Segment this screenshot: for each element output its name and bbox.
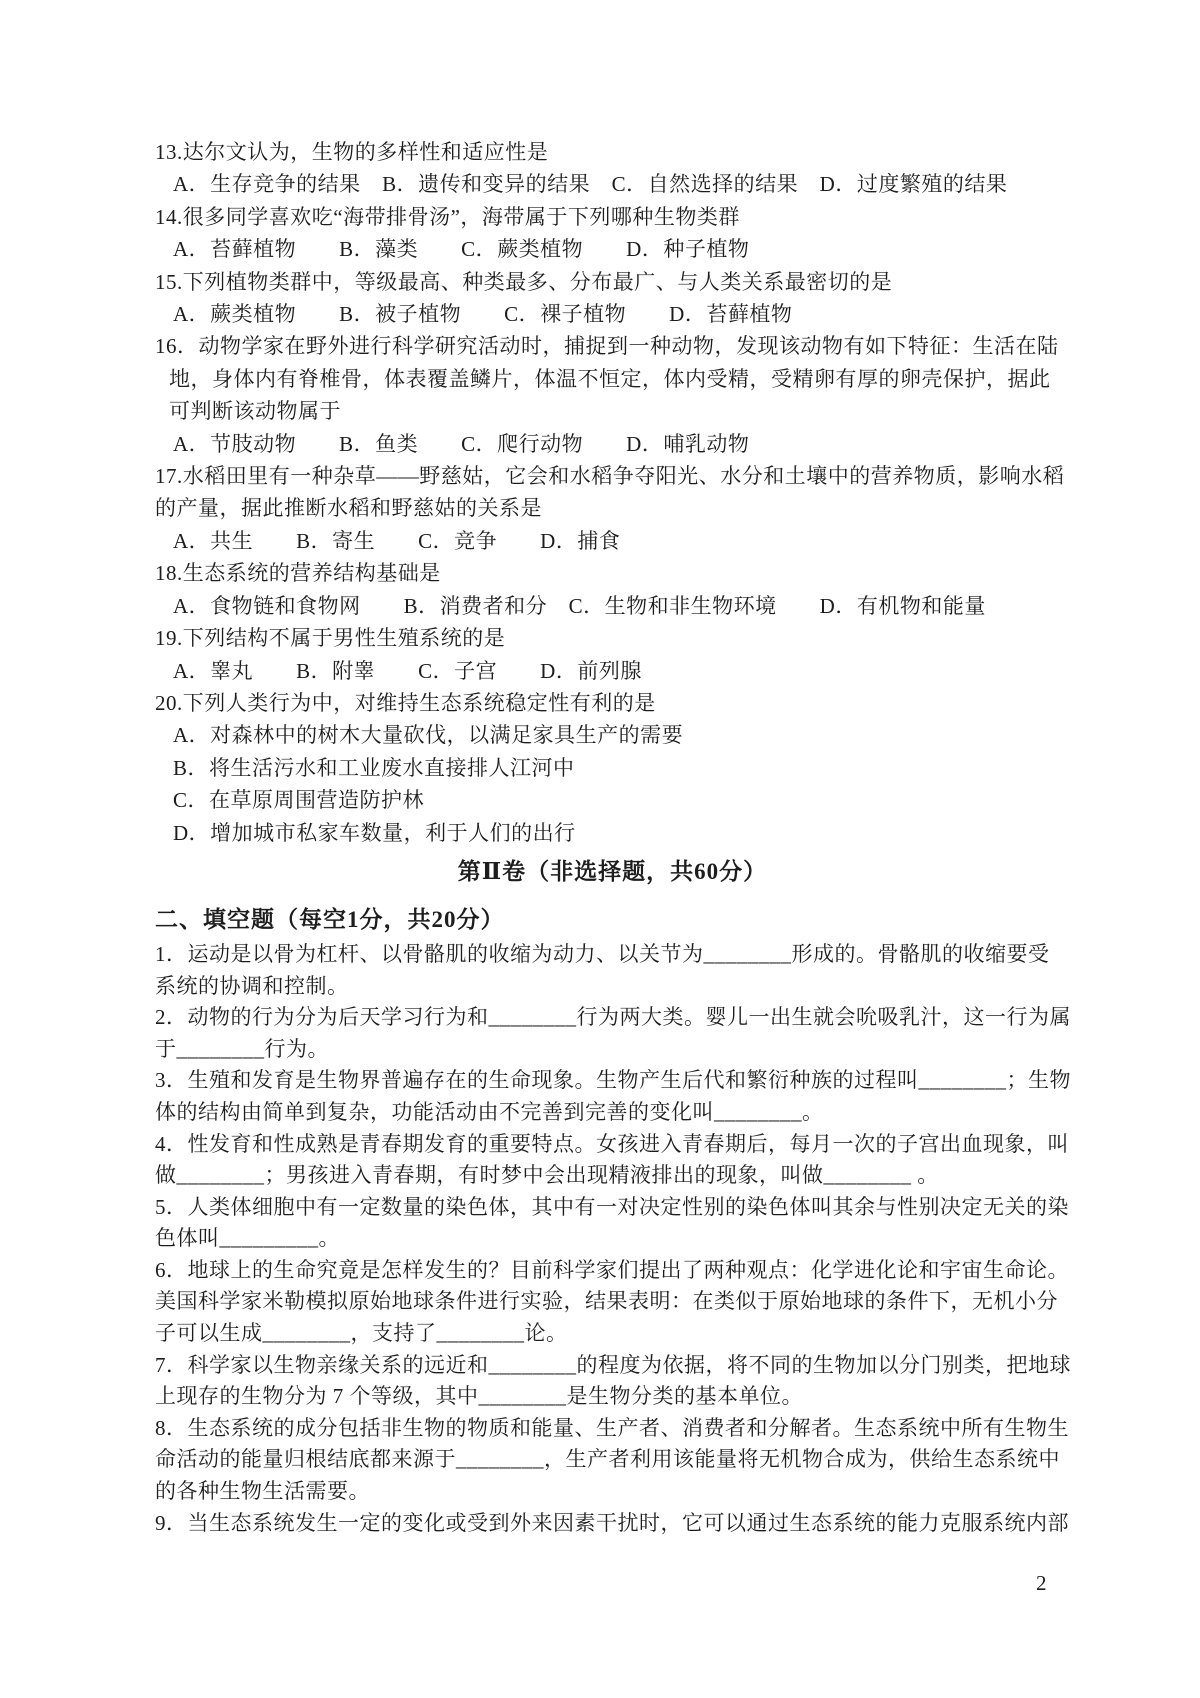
fill-question-line: 子可以生成________，支持了________论。 [155,1318,1070,1350]
fill-in-section: 1．运动是以骨为杠杆、以骨骼肌的收缩为动力、以关节为________形成的。骨骼… [155,939,1070,1539]
question-line: 16．动物学家在野外进行科学研究活动时，捕捉到一种动物，发现该动物有如下特征：生… [155,330,1070,362]
fill-question-line: 1．运动是以骨为杠杆、以骨骼肌的收缩为动力、以关节为________形成的。骨骼… [155,939,1070,971]
exam-page: 13.达尔文认为，生物的多样性和适应性是A．生存竞争的结果 B．遗传和变异的结果… [0,0,1200,1698]
fill-question-line: 3．生殖和发育是生物界普遍存在的生命现象。生物产生后代和繁衍种族的过程叫____… [155,1065,1070,1097]
page-number: 2 [1036,1570,1047,1596]
fill-question-line: 做________；男孩进入青春期，有时梦中会出现精液排出的现象，叫做_____… [155,1160,1070,1192]
options-line: A．共生 B．寄生 C．竞争 D．捕食 [155,525,1070,557]
question-line: 15.下列植物类群中，等级最高、种类最多、分布最广、与人类关系最密切的是 [155,266,1070,298]
question-line: 13.达尔文认为，生物的多样性和适应性是 [155,136,1070,168]
options-line: A．睾丸 B．附睾 C．子宫 D．前列腺 [155,655,1070,687]
options-line: D．增加城市私家车数量，利于人们的出行 [155,817,1070,849]
options-line: A．蕨类植物 B．被子植物 C．裸子植物 D．苔藓植物 [155,298,1070,330]
question-line: 20.下列人类行为中，对维持生态系统稳定性有利的是 [155,687,1070,719]
fill-question-line: 的各种生物生活需要。 [155,1476,1070,1508]
fill-question-line: 7．科学家以生物亲缘关系的远近和________的程度为依据，将不同的生物加以分… [155,1350,1070,1382]
fill-question-line: 8．生态系统的成分包括非生物的物质和能量、生产者、消费者和分解者。生态系统中所有… [155,1413,1070,1445]
multiple-choice-section: 13.达尔文认为，生物的多样性和适应性是A．生存竞争的结果 B．遗传和变异的结果… [155,136,1070,849]
options-line: A．节肢动物 B．鱼类 C．爬行动物 D．哺乳动物 [155,428,1070,460]
fill-question-line: 色体叫_________。 [155,1223,1070,1255]
options-line: A．食物链和食物网 B．消费者和分 C．生物和非生物环境 D．有机物和能量 [155,590,1070,622]
fill-question-line: 2．动物的行为分为后天学习行为和________行为两大类。婴儿一出生就会吮吸乳… [155,1002,1070,1034]
fill-question-line: 9．当生态系统发生一定的变化或受到外来因素干扰时，它可以通过生态系统的能力克服系… [155,1508,1070,1540]
fill-question-line: 上现存的生物分为 7 个等级，其中________是生物分类的基本单位。 [155,1381,1070,1413]
options-line: B．将生活污水和工业废水直接排人江河中 [155,752,1070,784]
question-line: 可判断该动物属于 [155,395,1070,427]
options-line: C．在草原周围营造防护林 [155,784,1070,816]
options-line: A．苔藓植物 B．藻类 C．蕨类植物 D．种子植物 [155,233,1070,265]
fill-question-line: 体的结构由简单到复杂，功能活动由不完善到完善的变化叫________。 [155,1097,1070,1129]
fill-question-line: 命活动的能量归根结底都来源于________，生产者利用该能量将无机物合成为，供… [155,1444,1070,1476]
question-line: 地，身体内有脊椎骨，体表覆盖鳞片，体温不恒定，体内受精，受精卵有厚的卵壳保护，据… [155,363,1070,395]
fill-question-line: 6．地球上的生命究竟是怎样发生的？目前科学家们提出了两种观点：化学进化论和宇宙生… [155,1255,1070,1287]
question-line: 的产量，据此推断水稻和野慈姑的关系是 [155,492,1070,524]
question-line: 19.下列结构不属于男性生殖系统的是 [155,622,1070,654]
question-line: 18.生态系统的营养结构基础是 [155,557,1070,589]
fill-question-line: 5．人类体细胞中有一定数量的染色体，其中有一对决定性别的染色体叫其余与性别决定无… [155,1192,1070,1224]
fill-question-line: 4．性发育和性成熟是青春期发育的重要特点。女孩进入青春期后，每月一次的子宫出血现… [155,1129,1070,1161]
options-line: A．对森林中的树木大量砍伐，以满足家具生产的需要 [155,719,1070,751]
options-line: A．生存竞争的结果 B．遗传和变异的结果 C．自然选择的结果 D．过度繁殖的结果 [155,168,1070,200]
fill-in-section-title: 二、填空题（每空1分，共20分） [155,903,1070,937]
exam-content: 13.达尔文认为，生物的多样性和适应性是A．生存竞争的结果 B．遗传和变异的结果… [155,136,1070,1539]
question-line: 14.很多同学喜欢吃“海带排骨汤”，海带属于下列哪种生物类群 [155,201,1070,233]
section-two-title: 第Ⅱ卷（非选择题，共60分） [155,855,1070,889]
fill-question-line: 于________行为。 [155,1034,1070,1066]
question-line: 17.水稻田里有一种杂草——野慈姑，它会和水稻争夺阳光、水分和土壤中的营养物质，… [155,460,1070,492]
fill-question-line: 系统的协调和控制。 [155,971,1070,1003]
fill-question-line: 美国科学家米勒模拟原始地球条件进行实验，结果表明：在类似于原始地球的条件下，无机… [155,1286,1070,1318]
